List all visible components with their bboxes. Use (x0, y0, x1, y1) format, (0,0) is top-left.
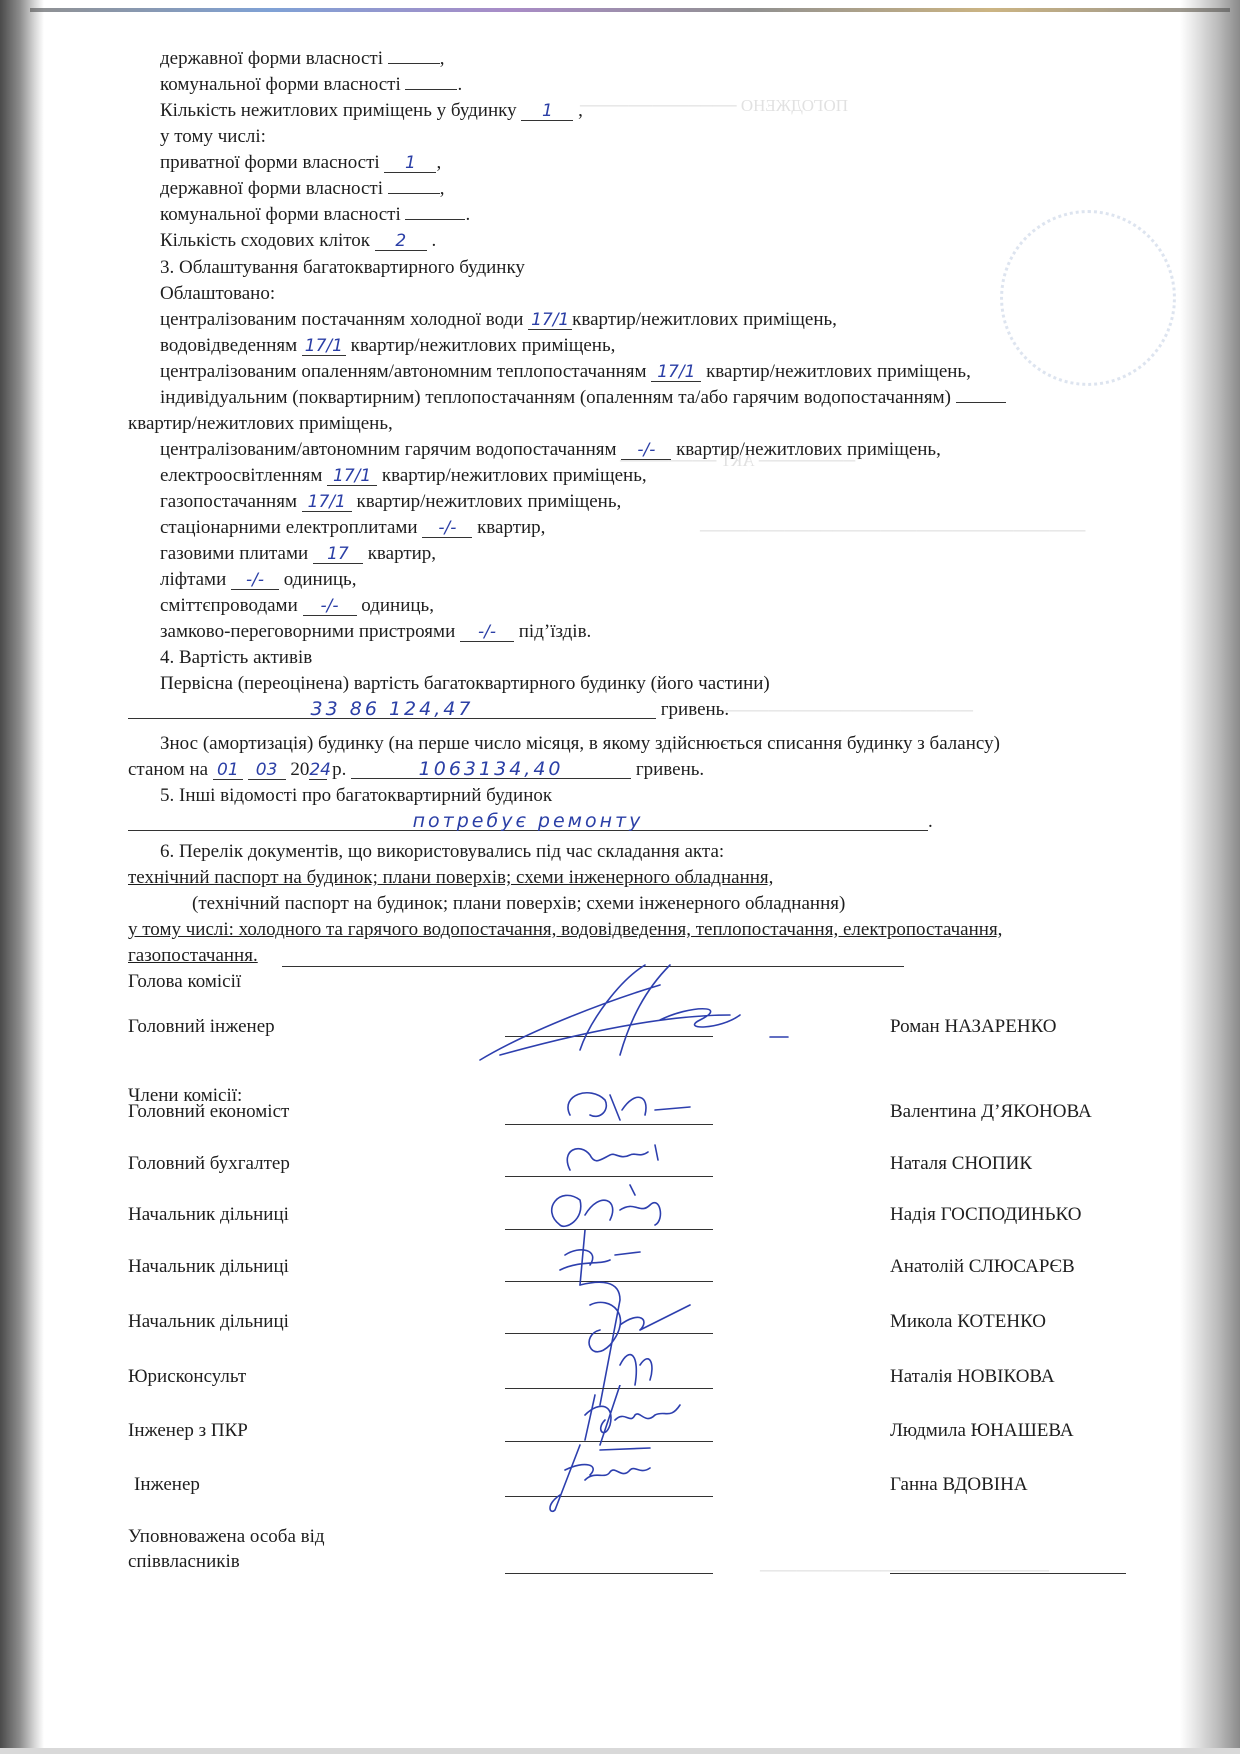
nr-state-ownership-field[interactable] (388, 193, 440, 194)
initial-value-field[interactable]: 33 86 124,47 (128, 700, 656, 719)
amenity-lifts: ліфтами -/- одиниць, (160, 569, 356, 591)
amenity-central-heating: централізованим опаленням/автономним теп… (160, 361, 971, 383)
amenity-garbage-chutes-field[interactable]: -/- (303, 597, 357, 616)
amenity-central-heating-field[interactable]: 17/1 (651, 363, 701, 382)
sig-name-4: Анатолій СЛЮСАРЄВ (890, 1256, 1075, 1278)
co-owners-label-1: Уповноважена особа від (128, 1526, 325, 1548)
as-of-year-field[interactable]: 24 (309, 761, 327, 780)
sig-name-5: Микола КОТЕНКО (890, 1311, 1046, 1333)
sig-name-1: Валентина Д’ЯКОНОВА (890, 1101, 1092, 1123)
signature-icon (560, 1140, 670, 1180)
initial-value-line: 33 86 124,47 гривень. (128, 699, 729, 721)
documents-hint: (технічний паспорт на будинок; плани пов… (192, 893, 845, 915)
sig-role-2: Головний бухгалтер (128, 1153, 290, 1175)
signature-icon (540, 1180, 680, 1235)
sig-role-5: Начальник дільниці (128, 1311, 289, 1333)
non-residential-count-field[interactable]: 1 (521, 102, 573, 121)
initial-value-label: Первісна (переоцінена) вартість багатокв… (160, 673, 770, 695)
nr-state-ownership-line: державної форми власності , (160, 178, 445, 200)
amenity-gas-supply-field[interactable]: 17/1 (302, 493, 352, 512)
amenity-gas-supply: газопостачанням 17/1 квартир/нежитлових … (160, 491, 621, 513)
non-residential-count-line: Кількість нежитлових приміщень у будинку… (160, 100, 583, 122)
amenity-individual-heating-field[interactable] (956, 402, 1006, 403)
amenity-gas-stoves-field[interactable]: 17 (313, 545, 363, 564)
amenity-cold-water-field[interactable]: 17/1 (528, 311, 572, 330)
amenity-lifts-field[interactable]: -/- (231, 571, 279, 590)
sig-role-4: Начальник дільниці (128, 1256, 289, 1278)
nr-communal-ownership-line: комунальної форми власності . (160, 204, 470, 226)
communal-ownership-field[interactable] (405, 89, 457, 90)
amenity-intercoms-field[interactable]: -/- (460, 623, 514, 642)
private-ownership-field[interactable]: 1 (384, 154, 436, 173)
signature-icon (540, 1440, 670, 1515)
depreciation-value-field[interactable]: 1063134,40 (351, 760, 631, 779)
amenity-sewage-field[interactable]: 17/1 (302, 337, 346, 356)
amenity-electric-lighting-field[interactable]: 17/1 (327, 467, 377, 486)
sig-name-7: Людмила ЮНАШЕВА (890, 1420, 1074, 1442)
sig-role-3: Начальник дільниці (128, 1204, 289, 1226)
stairwells-line: Кількість сходових кліток 2 . (160, 230, 436, 252)
signature-icon (560, 1085, 700, 1130)
state-ownership-line: державної форми власності , (160, 48, 445, 70)
section3-title: 3. Облаштування багатоквартирного будинк… (160, 257, 525, 279)
as-of-day-field[interactable]: 01 (213, 761, 243, 780)
amenity-individual-heating: індивідуальним (поквартирним) теплопоста… (160, 387, 1006, 409)
amenity-hot-water-field[interactable]: -/- (621, 441, 671, 460)
nr-communal-ownership-field[interactable] (405, 219, 465, 220)
amenity-electric-stoves-field[interactable]: -/- (422, 519, 472, 538)
document-page: державної форми власності , комунальної … (0, 0, 1240, 1754)
stairwells-field[interactable]: 2 (375, 232, 427, 251)
private-ownership-line: приватної форми власності 1, (160, 152, 441, 174)
sig-name-6: Наталія НОВІКОВА (890, 1366, 1055, 1388)
amenity-electric-stoves: стаціонарними електроплитами -/- квартир… (160, 517, 545, 539)
sig-role-8: Інженер (134, 1474, 200, 1496)
section3-subtitle: Облаштовано: (160, 283, 275, 305)
communal-ownership-line: комунальної форми власності . (160, 74, 462, 96)
documents-list-line: технічний паспорт на будинок; плани пове… (128, 867, 773, 889)
sig-name-0: Роман НАЗАРЕНКО (890, 1016, 1057, 1038)
section5-line: потребує ремонту. (128, 811, 933, 833)
amenity-electric-lighting: електроосвітленням 17/1 квартир/нежитлов… (160, 465, 647, 487)
amenity-garbage-chutes: сміттєпроводами -/- одиниць, (160, 595, 434, 617)
section4-title: 4. Вартість активів (160, 647, 312, 669)
sig-name-2: Наталя СНОПИК (890, 1153, 1032, 1175)
documents-including-line: у тому числі: холодного та гарячого водо… (128, 919, 1002, 941)
signature-icon (470, 960, 790, 1070)
sig-role-6: Юрисконсульт (128, 1366, 246, 1388)
section5-title: 5. Інші відомості про багатоквартирний б… (160, 785, 552, 807)
depreciation-label: Знос (амортизація) будинку (на перше чис… (160, 733, 1000, 755)
co-owners-signature-line[interactable] (505, 1573, 713, 1574)
amenity-hot-water: централізованим/автономним гарячим водоп… (160, 439, 941, 461)
documents-last-line: газопостачання. (128, 945, 258, 967)
sig-role-0: Головний інженер (128, 1016, 275, 1038)
amenity-intercoms: замково-переговорними пристроями -/- під… (160, 621, 591, 643)
amenity-gas-stoves: газовими плитами 17 квартир, (160, 543, 436, 565)
amenity-individual-heating-suffix: квартир/нежитлових приміщень, (128, 413, 393, 435)
amenity-sewage: водовідведенням 17/1 квартир/нежитлових … (160, 335, 615, 357)
including-label: у тому числі: (160, 126, 266, 148)
sig-role-7: Інженер з ПКР (128, 1420, 248, 1442)
as-of-month-field[interactable]: 03 (248, 761, 286, 780)
sig-role-1: Головний економіст (128, 1101, 289, 1123)
sig-name-8: Ганна ВДОВІНА (890, 1474, 1028, 1496)
co-owners-label-2: співвласників (128, 1551, 240, 1573)
other-info-field[interactable]: потребує ремонту (128, 812, 928, 831)
depreciation-line: станом на 01 03 2024 р. 1063134,40 гриве… (128, 759, 704, 781)
state-ownership-field[interactable] (388, 63, 440, 64)
section6-title: 6. Перелік документів, що використовувал… (160, 841, 724, 863)
co-owners-name-line[interactable] (890, 1573, 1126, 1574)
amenity-cold-water: централізованим постачанням холодної вод… (160, 309, 837, 331)
chair-label: Голова комісії (128, 971, 241, 993)
sig-name-3: Надія ГОСПОДИНЬКО (890, 1204, 1081, 1226)
